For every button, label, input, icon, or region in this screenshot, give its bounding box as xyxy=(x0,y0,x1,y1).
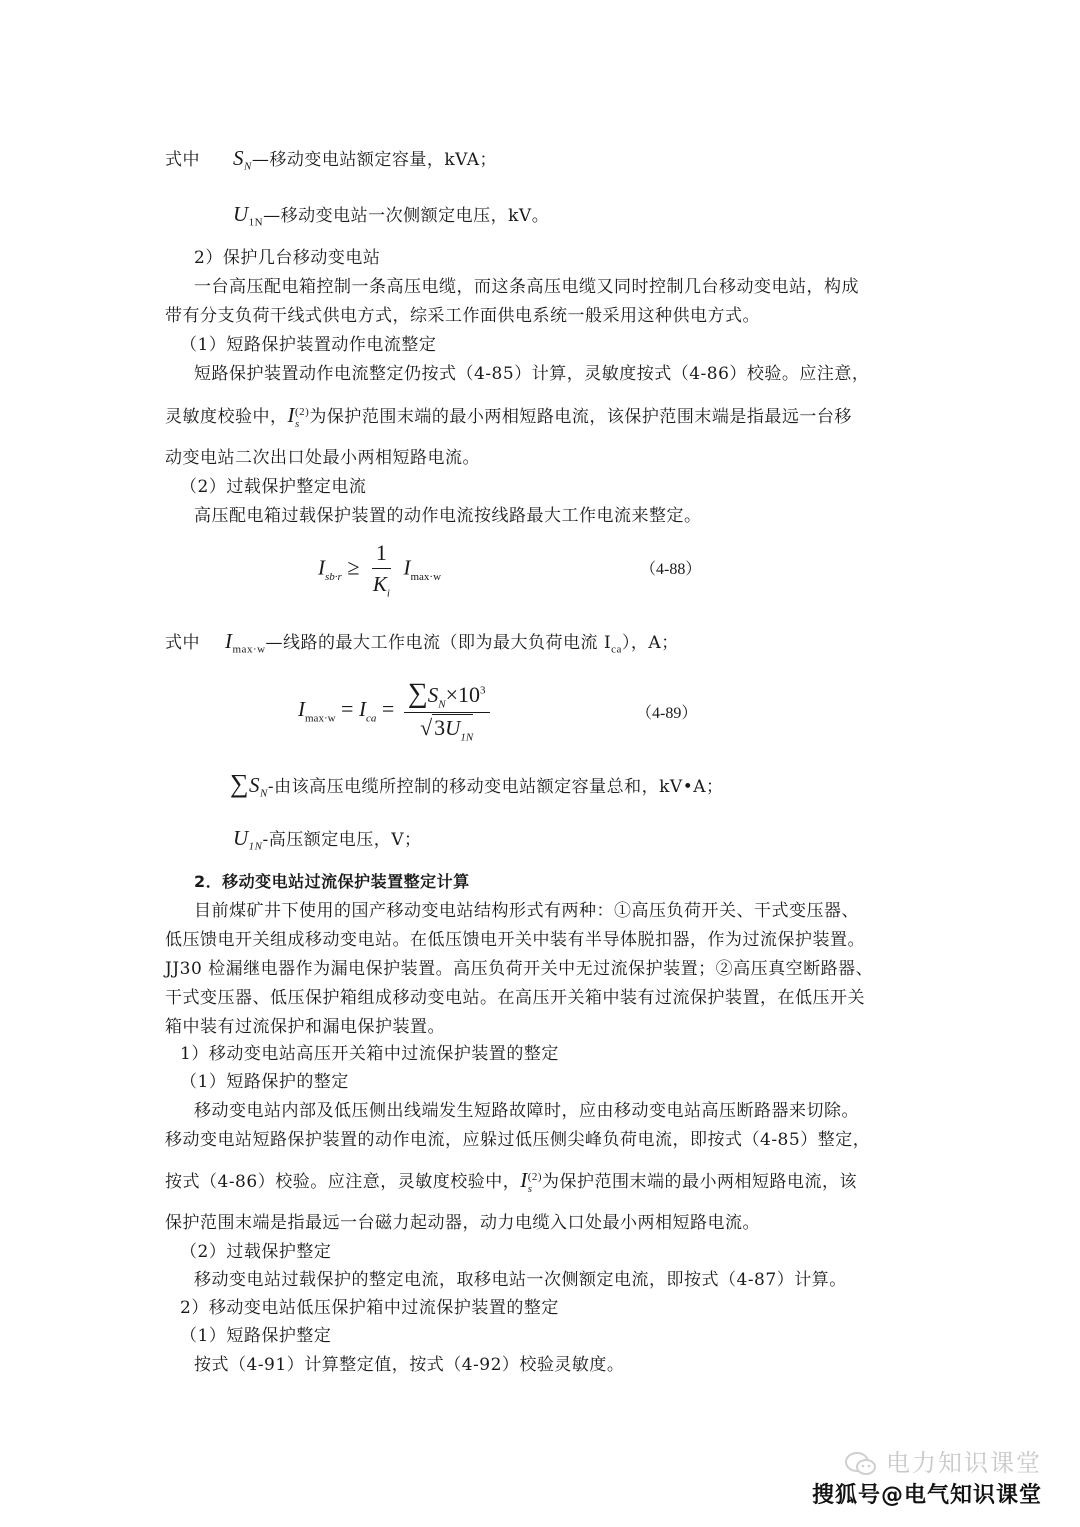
subsection-title: （1）短路保护整定 xyxy=(180,1324,331,1348)
equation-number-4-88: （4-88） xyxy=(640,556,701,579)
paragraph-line-with-symbol: 按式（4-86）校验。应注意，灵敏度校验中，I(2)s为保护范围末端的最小两相短… xyxy=(165,1168,857,1195)
paragraph-line: 移动变电站过载保护的整定电流，取移电站一次侧额定电流，即按式（4-87）计算。 xyxy=(194,1268,847,1292)
section-title-multiple-stations: 2）保护几台移动变电站 xyxy=(194,246,380,270)
where-label: 式中 xyxy=(165,631,200,655)
subsection-title: （2）过载保护整定电流 xyxy=(180,475,366,499)
paragraph-line: 一台高压配电箱控制一条高压电缆，而这条高压电缆又同时控制几台移动变电站，构成 xyxy=(194,275,859,299)
definition-sn: SN—移动变电站额定容量，kVA； xyxy=(233,146,497,178)
watermark-channel: 电力知识课堂 xyxy=(812,1443,1042,1478)
paragraph-line: 短路保护装置动作电流整定仍按式（4-85）计算，灵敏度按式（4-86）校验。应注… xyxy=(194,362,869,386)
equation-4-89: Imax·w = Ica = ∑SN×103 √3U1N xyxy=(298,678,494,744)
section-title-hv-switchbox: 1）移动变电站高压开关箱中过流保护装置的整定 xyxy=(180,1042,559,1066)
definition-u1n-hv: U1N-高压额定电压，V； xyxy=(233,826,422,858)
paragraph-line: 按式（4-91）计算整定值，按式（4-92）校验灵敏度。 xyxy=(194,1353,624,1377)
equation-4-88: Isb·r ≥ 1Ki Imax·w xyxy=(318,540,441,599)
subsection-title: （1）短路保护装置动作电流整定 xyxy=(180,333,436,357)
definition-u1n: U1N—移动变电站一次侧额定电压，kV。 xyxy=(233,202,549,234)
definition-imax: Imax·w—线路的最大工作电流（即为最大负荷电流 Ica），A； xyxy=(225,629,679,661)
equation-number-4-89: （4-89） xyxy=(636,700,697,723)
paragraph-line: 目前煤矿井下使用的国产移动变电站结构形式有两种：①高压负荷开关、干式变压器、 xyxy=(194,899,859,923)
paragraph-line: 带有分支负荷干线式供电方式，综采工作面供电系统一般采用这种供电方式。 xyxy=(165,304,760,328)
heading-section-2: 2．移动变电站过流保护装置整定计算 xyxy=(194,870,470,894)
section-title-lv-protection-box: 2）移动变电站低压保护箱中过流保护装置的整定 xyxy=(180,1296,559,1320)
subsection-title: （2）过载保护整定 xyxy=(180,1240,331,1264)
watermark-source: 搜狐号@电气知识课堂 xyxy=(812,1478,1042,1509)
paragraph-line: 干式变压器、低压保护箱组成移动变电站。在高压开关箱中装有过流保护装置，在低压开关 xyxy=(165,986,865,1010)
paragraph-line: JJ30 检漏继电器作为漏电保护装置。高压负荷开关中无过流保护装置；②高压真空断… xyxy=(165,957,873,981)
paragraph-line: 高压配电箱过载保护装置的动作电流按线路最大工作电流来整定。 xyxy=(194,504,702,528)
paragraph-line: 移动变电站短路保护装置的动作电流，应躲过低压侧尖峰负荷电流，即按式（4-85）整… xyxy=(165,1128,870,1152)
wechat-icon xyxy=(844,1451,878,1477)
subsection-title: （1）短路保护的整定 xyxy=(180,1070,349,1094)
definition-sum-sn: ∑SN-由该高压电缆所控制的移动变电站额定容量总和，kV•A； xyxy=(230,772,724,805)
paragraph-line-with-symbol: 灵敏度校验中，I(2)s为保护范围末端的最小两相短路电流，该保护范围末端是指最远… xyxy=(165,403,852,430)
paragraph-line: 动变电站二次出口处最小两相短路电流。 xyxy=(165,446,480,470)
paragraph-line: 低压馈电开关组成移动变电站。在低压馈电开关中装有半导体脱扣器，作为过流保护装置。 xyxy=(165,928,865,952)
paragraph-line: 保护范围末端是指最远一台磁力起动器，动力电缆入口处最小两相短路电流。 xyxy=(165,1211,760,1235)
watermark: 电力知识课堂 搜狐号@电气知识课堂 xyxy=(812,1443,1042,1509)
where-label: 式中 xyxy=(165,148,200,172)
paragraph-line: 箱中装有过流保护和漏电保护装置。 xyxy=(165,1015,445,1039)
paragraph-line: 移动变电站内部及低压侧出线端发生短路故障时，应由移动变电站高压断路器来切除。 xyxy=(194,1099,859,1123)
